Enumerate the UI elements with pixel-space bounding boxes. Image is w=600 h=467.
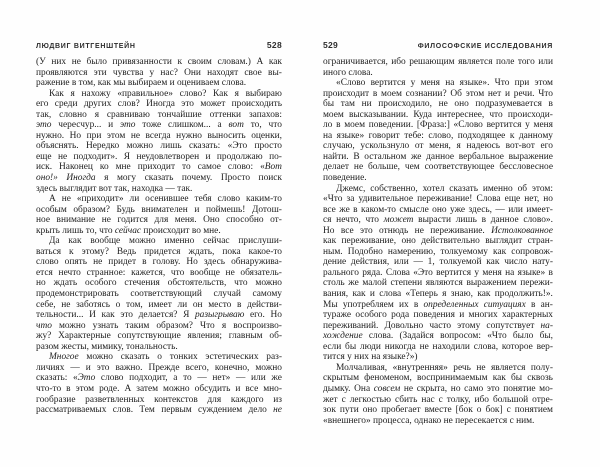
text-line: зокпутионопробегаетвместе[бокобок]спонят… <box>323 405 553 416</box>
text-line: поведение. <box>323 173 553 184</box>
running-title-book: ФИЛОСОФСКИЕ ИССЛЕДОВАНИЯ <box>418 41 553 50</box>
page-header-right: 529 ФИЛОСОФСКИЕ ИССЛЕДОВАНИЯ <box>323 40 553 50</box>
text-line: себе,незаботясьотом,имеетлионместовдейст… <box>36 300 282 311</box>
text-line: стольжемалойстепениявляютсявыражениемпер… <box>323 278 553 289</box>
page-body-left: (Унихнебылопривязанностиксвоимсловам.)Ак… <box>36 57 282 416</box>
running-title-author: ЛЮДВИГ ВИТГЕНШТЕЙН <box>36 41 136 50</box>
text-line: ральногоряда.Слова«Этовертитсяуменянаязы… <box>323 268 553 279</box>
text-line: оно!»Иногдаямогусказатьпочему.Простопоис… <box>36 173 282 184</box>
text-line: Джемс,собственно,хотелсказатьименнообэто… <box>323 184 553 195</box>
text-line: делаетнебольше,чемсоответствующеебесслов… <box>323 162 553 173</box>
text-line: объяснять.Нередкоможнолишьсказать:«Этопр… <box>36 141 282 152</box>
text-line: нужно.Ноприэтомневсегданужновыноситьоцен… <box>36 131 282 142</box>
text-line: наязыке»говориттебе:слово,подходящеекдан… <box>323 131 553 142</box>
text-line: Многоеможносказатьотонкихэстетическихраз… <box>36 352 282 363</box>
text-line: дениедействия,или—1,толкуемойкакчислонат… <box>323 257 553 268</box>
text-line: жу?Характерныесопутствующиеявления;главн… <box>36 331 282 342</box>
text-line: ным.Подобнонамерению,толкуемомукаксопров… <box>323 247 553 258</box>
text-line: Новсеэтоотнюдьнепереживание.Истолкованно… <box>323 226 553 237</box>
text-line: ловмоемповедении.[Фраза:]«Слововертитсяу… <box>323 120 553 131</box>
page-number-left: 528 <box>267 40 282 50</box>
text-line: продемонстрироватьсоответствующийслучайс… <box>36 289 282 300</box>
text-line: хождениеслова.(Задайсявопросом:«Чтобылоб… <box>323 331 553 342</box>
text-line: здесь выглядит вот так, находка — так. <box>36 184 282 195</box>
text-line: переживаний.Довольночастоэтомусопутствуе… <box>323 321 553 332</box>
text-line: ещенеподходит».Янеудовлетворенипродолжаю… <box>36 152 282 163</box>
text-line: что-товэтомроде.Азатемможнообсудитьивсем… <box>36 384 282 395</box>
text-line: «внешнего» процесса, однако не пересекае… <box>323 416 553 427</box>
text-line: разом жесты, мимику, тональность. <box>36 342 282 353</box>
text-line: тельности...Икакэтоделается?Яразыгрываюе… <box>36 310 282 321</box>
text-line: эточересчур...иэтотожеслишком...авотто,ч… <box>36 120 282 131</box>
text-line: рассматриваемыхслов.Темпервымсуждениемде… <box>36 405 282 416</box>
text-line: так,словноясравниваютончайшиеоттенкизапа… <box>36 110 282 121</box>
text-line: бытамнипроисходило,неоноподразумеваетсяв <box>323 99 553 110</box>
text-line: сказать:«Этословоподходит,ато—нет»—илиже <box>36 373 282 384</box>
page-header-left: ЛЮДВИГ ВИТГЕНШТЕЙН 528 <box>36 40 282 50</box>
text-line: туражеособогородаповеденияимногиххаракте… <box>323 310 553 321</box>
text-line: вания,какислова«Теперьязнаю,какпродолжит… <box>323 289 553 300</box>
book-spread: ЛЮДВИГ ВИТГЕНШТЕЙН 528 (Унихнебылопривяз… <box>0 0 600 467</box>
text-line: найти.Востальномжеданноевербальноевыраже… <box>323 152 553 163</box>
text-line: «Чтозаудивительноепереживание!Словаещене… <box>323 194 553 205</box>
text-line: тится у них на языке?») <box>323 352 553 363</box>
text-line: нождатьособогостеченияобстоятельств,чтом… <box>36 278 282 289</box>
page-number-right: 529 <box>323 40 338 50</box>
text-line: проявляютсяэтичувстваунас?Онинаходятсвое… <box>36 68 282 79</box>
text-line: Ане«приходит»лиосенившеетебясловокаким-т… <box>36 194 282 205</box>
text-line: словоопятьнепридетвголову.Ноздесьобнаруж… <box>36 257 282 268</box>
page-529: 529 ФИЛОСОФСКИЕ ИССЛЕДОВАНИЯ ограничивае… <box>323 40 553 426</box>
text-line: какпереживание,онодействительновыглядитс… <box>323 236 553 247</box>
text-line: жетслегкостьюсбитьнасстолку,ибобольшойот… <box>323 395 553 406</box>
text-line: иного слова. <box>323 68 553 79</box>
text-line: личиях—иэтоважно.Преждевсего,конечно,мож… <box>36 363 282 374</box>
text-line: ноевниманиенегодитсядляменя.Оноспособноо… <box>36 215 282 226</box>
page-body-right: ограничивается,иборешающимявляетсяполето… <box>323 57 553 426</box>
text-line: иск.Наконецкомнеприходиттосамоеслово:«Во… <box>36 162 282 173</box>
text-line: етсянечтостранное:кажется,чтовообщенеобя… <box>36 268 282 279</box>
text-line: егосредидругихслов?Иногдаэтоможетпроисхо… <box>36 99 282 110</box>
text-line: (Унихнебылопривязанностиксвоимсловам.)Ак… <box>36 57 282 68</box>
text-line: гообразиеразветвленныхконтекстовдлякаждо… <box>36 395 282 406</box>
text-line: Мыупотребляемихвопределенныхситуацияхван… <box>323 300 553 311</box>
text-line: моемвысказывании.Кудаинтереснее,чтопроис… <box>323 110 553 121</box>
text-line: «Слововертитсяуменянаязыке».Чтоприэтом <box>323 78 553 89</box>
text-line: всежевкаком-тосмыслеоноужездесь,—илиимее… <box>323 205 553 216</box>
text-line: ватьсякэтому?Ведьпридетсяждать,покакакое… <box>36 247 282 258</box>
page-528: ЛЮДВИГ ВИТГЕНШТЕЙН 528 (Унихнебылопривяз… <box>36 40 282 416</box>
text-line: скрытымфеноменом,воспринимаемымкакбыскво… <box>323 373 553 384</box>
text-line: Какянахожу«правильное»слово?Какявыбираю <box>36 89 282 100</box>
text-line: Молчаливая,«внутренняя»речьнеявляетсяпол… <box>323 363 553 374</box>
text-line: чтоможноузнатьтакимобразом?Чтоявоспроизв… <box>36 321 282 332</box>
text-line: сянечто,чтоможетвырастилишьвданноеслово»… <box>323 215 553 226</box>
text-line: ограничивается,иборешающимявляетсяполето… <box>323 57 553 68</box>
text-line: ражение в том, как мы выбираем и оценива… <box>36 78 282 89</box>
text-line: крыть лишь то, что сейчас происходит во … <box>36 226 282 237</box>
text-line: еслибылюдиникогданенаходилислова,которое… <box>323 342 553 353</box>
text-line: Дакаквообщеможноименносейчасприслуши- <box>36 236 282 247</box>
text-line: дымку.Онасовсемнескрыта,носамоэтопонятие… <box>323 384 553 395</box>
text-line: случаю,ускользнулоотменя,янадеюсьвот-вот… <box>323 141 553 152</box>
text-line: особымобразом?Будьвнимателенипоймешь!Дот… <box>36 205 282 216</box>
text-line: происходитвмоемсознании?Обэтомнетиречи.Ч… <box>323 89 553 100</box>
